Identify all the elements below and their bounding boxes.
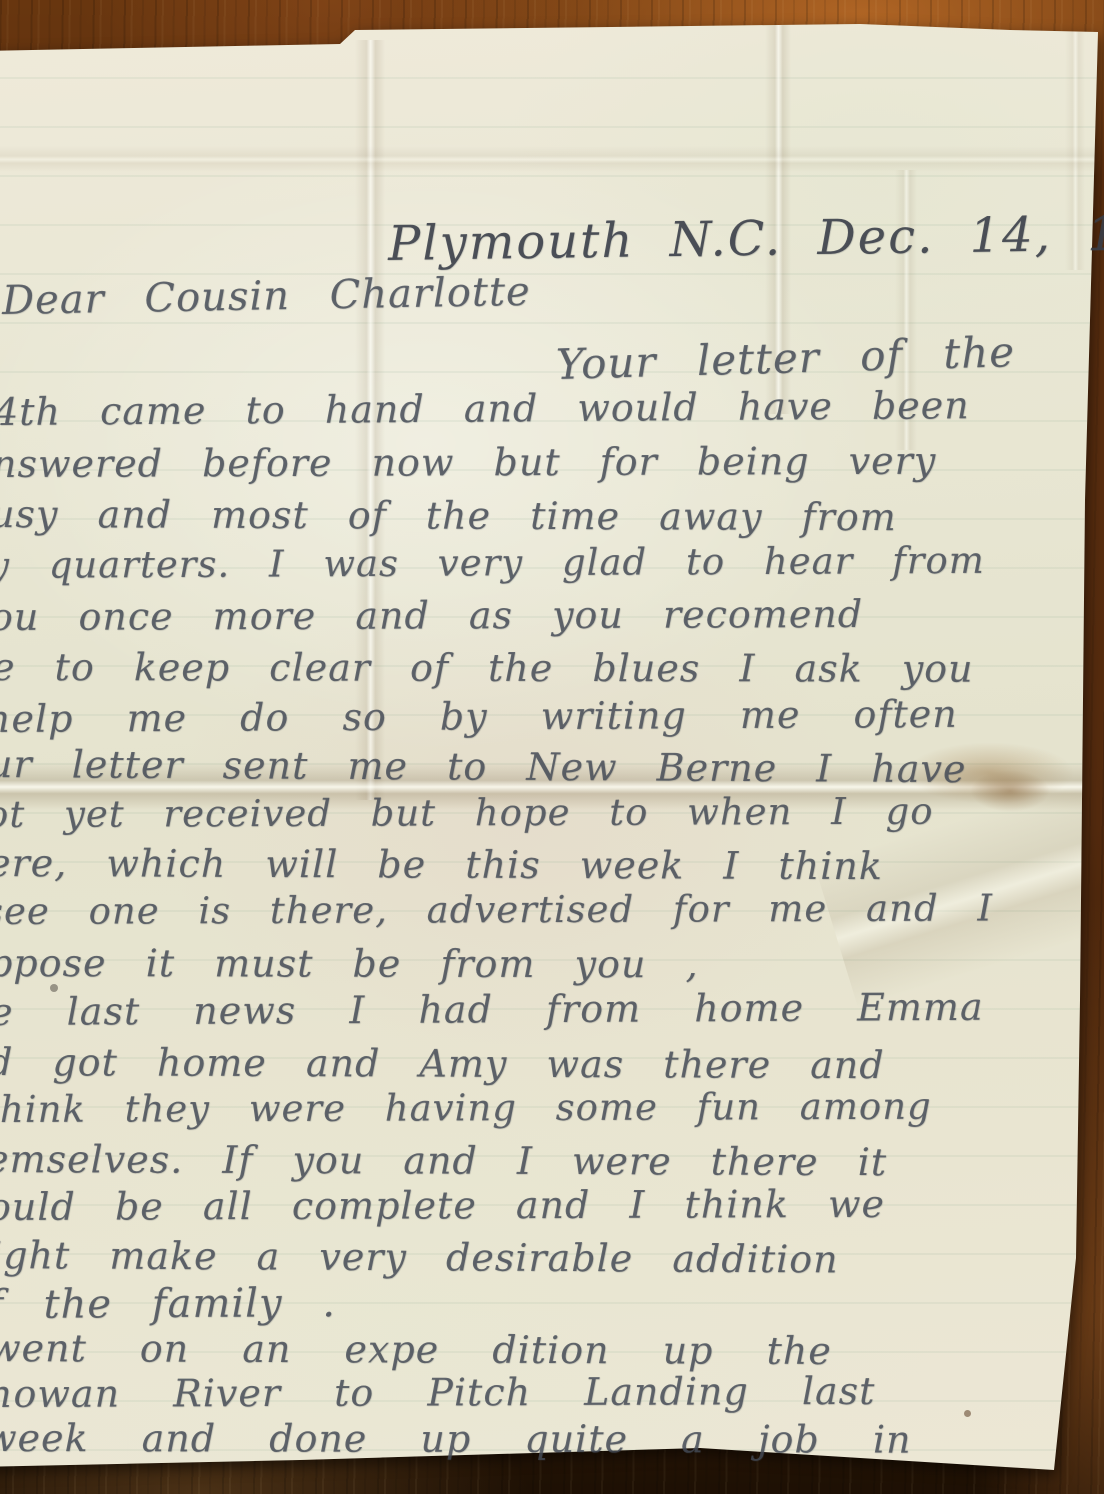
letter-line: went on an expe dition up the (0, 1326, 832, 1373)
letter-line: e last news I had from home Emma (0, 985, 984, 1034)
letter-line: usy and most of the time away from (0, 492, 897, 539)
letter-line: e to keep clear of the blues I ask you (0, 645, 974, 691)
photo-of-letter: Plymouth N.C. Dec. 14, 1864 Dear Cousin … (0, 0, 1104, 1494)
place-date-line: Plymouth N.C. Dec. 14, 1864 (388, 204, 1104, 272)
letter-line: ot yet received but hope to when I go (0, 790, 934, 836)
letter-line: ppose it must be from you , (0, 941, 699, 986)
letter-line: week and done up quite a job in (0, 1416, 912, 1462)
letter-line: y quarters. I was very glad to hear from (0, 539, 985, 587)
fold-crease-horizontal (0, 146, 1104, 172)
letter-line: emselves. If you and I were there it (0, 1137, 887, 1184)
letter-line: ere, which will be this week I think (0, 841, 883, 888)
letter-line: 4th came to hand and would have been (0, 383, 970, 434)
letter-line: ould be all complete and I think we (0, 1182, 885, 1229)
letter-line: help me do so by writing me often (0, 692, 958, 741)
letter-line: d got home and Amy was there and (0, 1040, 885, 1087)
stain-speck (964, 1410, 971, 1417)
letter-line: howan River to Pitch Landing last (0, 1369, 875, 1416)
letter-line: ur letter sent me to New Berne I have (0, 742, 967, 791)
letter-line: see one is there, advertised for me and … (0, 886, 993, 933)
letter-line: ight make a very desirable addition (0, 1233, 839, 1281)
stain-patch (970, 770, 1050, 812)
letter-line: f the family . (0, 1280, 336, 1328)
letter-line: think they were having some fun among (0, 1085, 932, 1131)
letter-line: nswered before now but for being very (0, 439, 936, 486)
salutation-line: Dear Cousin Charlotte (2, 269, 531, 324)
letter-line: ou once more and as you recomend (0, 592, 863, 639)
